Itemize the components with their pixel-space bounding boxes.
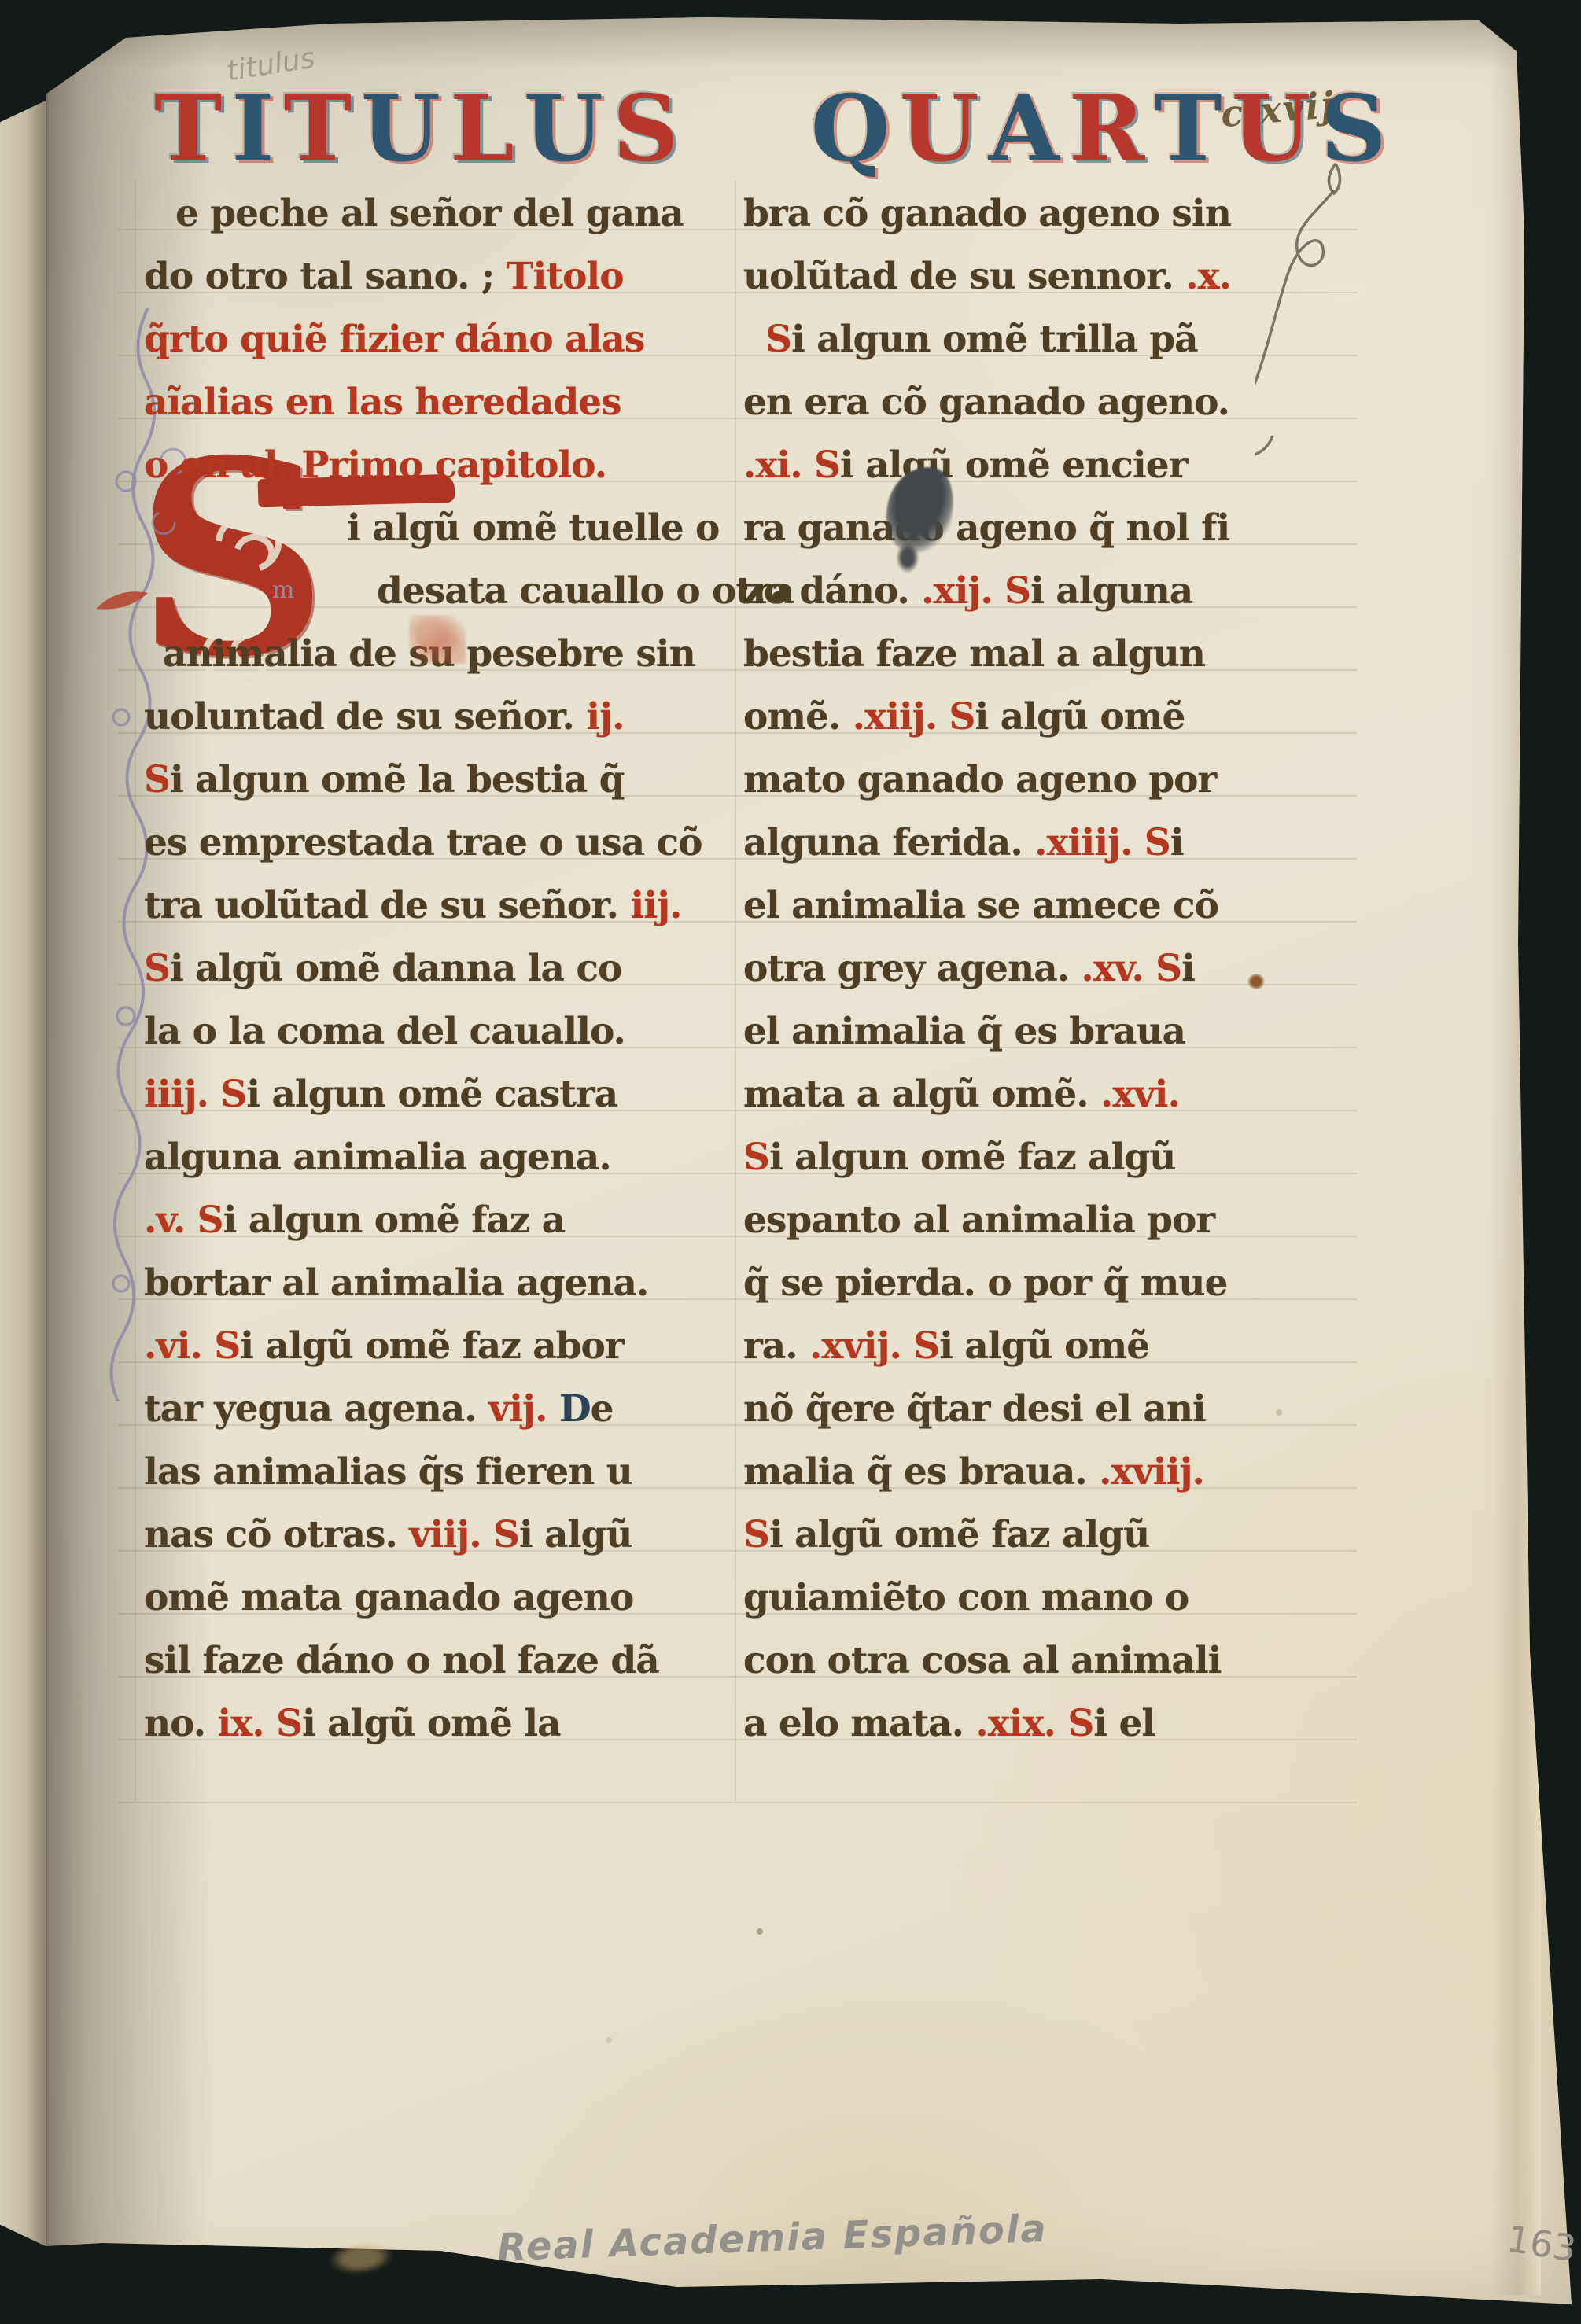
manuscript-line: do otro tal sano. ; Titolo [144, 245, 710, 308]
manuscript-line: es emprestada trae o usa cõ [144, 812, 710, 875]
tan-stain [329, 2240, 393, 2276]
text-segment: nõ q̃ere q̃tar desi el ani [743, 1387, 1206, 1431]
manuscript-line: Si algun omẽ faz algũ [743, 1126, 1325, 1189]
text-segment: .xvij. S [809, 1324, 939, 1368]
text-segment: S [144, 947, 170, 990]
text-segment: .xij. S [921, 569, 1030, 613]
text-segment: e peche al señor del gana [175, 192, 684, 235]
text-segment: alguna animalia agena. [144, 1136, 611, 1179]
red-ink-smudge [409, 615, 466, 664]
text-segment: .vi. S [144, 1324, 240, 1368]
text-segment: ra. [743, 1324, 809, 1368]
text-segment: bestia faze mal a algun [743, 632, 1205, 676]
text-segment: a elo mata. [743, 1702, 975, 1745]
manuscript-line: e peche al señor del gana [175, 182, 710, 245]
manuscript-line: tar yegua agena. vij. De [144, 1378, 710, 1441]
text-segment: uoluntad de su señor. [144, 695, 586, 738]
text-segment: S [743, 1136, 769, 1179]
text-segment: .xiij. S [853, 695, 975, 738]
title-word-quartus: QUARTUS [811, 77, 1387, 181]
text-segment: no. [144, 1702, 217, 1745]
manuscript-line: .xi. Si algũ omẽ encier [743, 434, 1325, 497]
text-segment: en era cõ ganado ageno. [743, 381, 1229, 424]
manuscript-line: las animalias q̃s fieren u [144, 1441, 710, 1504]
column-guide-line [735, 181, 736, 1801]
manuscript-line: guiamiẽto con mano o [743, 1567, 1325, 1630]
text-segment: vij. [488, 1387, 559, 1431]
manuscript-line: alguna animalia agena. [144, 1126, 710, 1189]
page-curl-highlight [1491, 38, 1541, 2295]
text-segment: otra grey agena. [743, 947, 1081, 990]
text-segment: i algũ omẽ encier [840, 444, 1187, 487]
text-segment: i [1181, 947, 1195, 990]
text-segment: bortar al animalia agena. [144, 1261, 648, 1305]
manuscript-line: el animalia q̃ es braua [743, 1000, 1325, 1063]
text-segment: S [765, 318, 791, 361]
text-segment: i algun omẽ faz algũ [769, 1136, 1176, 1179]
text-segment: i el [1093, 1702, 1155, 1745]
manuscript-line: Si algun omẽ la bestia q̃ [144, 749, 710, 812]
text-segment: .xix. S [975, 1702, 1093, 1745]
manuscript-line: en era cõ ganado ageno. [743, 371, 1325, 434]
text-segment: la o la coma del cauallo. [144, 1010, 625, 1053]
header-letter: S [613, 77, 679, 181]
manuscript-line: o en al. Primo capitolo. [144, 434, 710, 497]
manuscript-line: Si algũ omẽ danna la co [144, 937, 710, 1000]
text-segment: viij. S [409, 1513, 519, 1556]
manuscript-line: Si algũ omẽ faz algũ [743, 1504, 1325, 1567]
text-segment: D [559, 1387, 591, 1431]
header-letter: T [154, 77, 222, 181]
manuscript-line: mato ganado ageno por [743, 749, 1325, 812]
header-letter: T [284, 77, 352, 181]
fly-speck [1276, 1409, 1282, 1416]
manuscript-line: con otra cosa al animali [743, 1630, 1325, 1692]
header-letter: U [900, 77, 979, 181]
text-segment: iiij. S [144, 1073, 246, 1116]
text-segment: i algũ omẽ la [302, 1702, 561, 1745]
header-letter: R [1069, 77, 1144, 181]
manuscript-line: bestia faze mal a algun [743, 623, 1325, 686]
text-segment: sil faze dáno o nol faze dã [144, 1639, 659, 1682]
text-column-right: bra cõ ganado ageno sinuolũtad de su sen… [743, 182, 1325, 1755]
text-segment: ra ganado ageno q̃ nol fi [743, 506, 1229, 550]
text-segment: i algũ omẽ tuelle o [347, 506, 719, 550]
text-segment: i algun omẽ faz a [223, 1199, 566, 1242]
title-heading: TITULUS QUARTUS [154, 77, 1387, 181]
brown-stain-dot [1247, 974, 1265, 989]
text-segment: .xv. S [1081, 947, 1181, 990]
ink-blot-drip [897, 543, 919, 573]
manuscript-line: i algũ omẽ tuelle o [347, 497, 710, 560]
manuscript-line: nas cõ otras. viij. Si algũ [144, 1504, 710, 1567]
text-segment: el animalia q̃ es braua [743, 1010, 1185, 1053]
text-segment: .x. [1185, 255, 1231, 298]
text-segment: Titolo [507, 255, 624, 298]
text-segment: i algũ omẽ faz algũ [769, 1513, 1149, 1556]
text-segment: es emprestada trae o usa cõ [144, 821, 702, 864]
manuscript-line: mata a algũ omẽ. .xvi. [743, 1063, 1325, 1126]
manuscript-line: .vi. Si algũ omẽ faz abor [144, 1315, 710, 1378]
text-segment: tar yegua agena. [144, 1387, 488, 1431]
fly-speck [757, 1928, 763, 1935]
manuscript-line: bra cõ ganado ageno sin [743, 182, 1325, 245]
text-segment: espanto al animalia por [743, 1199, 1214, 1242]
manuscript-line: la o la coma del cauallo. [144, 1000, 710, 1063]
manuscript-line: .v. Si algun omẽ faz a [144, 1189, 710, 1252]
text-segment: i alguna [1030, 569, 1192, 613]
manuscript-line: tra uolũtad de su señor. iij. [144, 875, 710, 937]
text-segment: .v. S [144, 1199, 223, 1242]
manuscript-line: ra ganado ageno q̃ nol fi [743, 497, 1325, 560]
text-segment: i algũ omẽ [975, 695, 1185, 738]
text-segment: q̃ se pierda. o por q̃ mue [743, 1261, 1227, 1305]
text-segment: ij. [586, 695, 624, 738]
text-segment: tra uolũtad de su señor. [144, 884, 630, 927]
manuscript-line: omẽ. .xiij. Si algũ omẽ [743, 686, 1325, 749]
manuscript-line: uolũtad de su sennor. .x. [743, 245, 1325, 308]
header-letter: U [361, 77, 440, 181]
text-segment: mato ganado ageno por [743, 758, 1216, 801]
text-segment: S [743, 1513, 769, 1556]
header-letter: A [989, 77, 1060, 181]
text-segment: .xviij. [1099, 1450, 1204, 1493]
text-segment: o en al. Primo capitolo. [144, 444, 606, 487]
text-segment: zo dáno. [743, 569, 921, 613]
header-letter: L [450, 77, 514, 181]
text-segment: i algũ omẽ faz abor [240, 1324, 623, 1368]
text-segment: i algun omẽ castra [246, 1073, 617, 1116]
manuscript-photo: titulus clxvij TITULUS QUARTUS S m e pec… [0, 0, 1581, 2324]
text-segment: malia q̃ es braua. [743, 1450, 1099, 1493]
fly-speck [606, 2037, 612, 2043]
text-segment: nas cõ otras. [144, 1513, 409, 1556]
manuscript-line: Si algun omẽ trilla pã [765, 308, 1325, 371]
header-letter: U [1232, 77, 1311, 181]
text-segment: aĩalias en las heredades [144, 381, 621, 424]
text-segment: iij. [630, 884, 681, 927]
manuscript-line: el animalia se amece cõ [743, 875, 1325, 937]
text-segment: q̃rto quiẽ fizier dáno alas [144, 318, 644, 361]
text-segment: el animalia se amece cõ [743, 884, 1218, 927]
text-segment: i algun omẽ la bestia q̃ [170, 758, 625, 801]
text-segment: mata a algũ omẽ. [743, 1073, 1100, 1116]
text-segment: e [591, 1387, 614, 1431]
text-segment: ix. S [217, 1702, 302, 1745]
manuscript-line: omẽ mata ganado ageno [144, 1567, 710, 1630]
manuscript-line: nõ q̃ere q̃tar desi el ani [743, 1378, 1325, 1441]
text-segment: i algũ omẽ danna la co [170, 947, 621, 990]
header-letter: T [1154, 77, 1222, 181]
manuscript-line: bortar al animalia agena. [144, 1252, 710, 1315]
header-letter: S [1321, 77, 1387, 181]
text-segment: .xvi. [1100, 1073, 1180, 1116]
facing-page-edge [0, 101, 46, 2246]
manuscript-line: q̃ se pierda. o por q̃ mue [743, 1252, 1325, 1315]
manuscript-line: iiij. Si algun omẽ castra [144, 1063, 710, 1126]
title-word-titulus: TITULUS [154, 77, 679, 181]
text-segment: do otro tal sano. ; [144, 255, 507, 298]
text-segment: i [1170, 821, 1184, 864]
text-segment: i algun omẽ trilla pã [791, 318, 1198, 361]
manuscript-line: aĩalias en las heredades [144, 371, 710, 434]
text-segment: S [144, 758, 170, 801]
manuscript-line: q̃rto quiẽ fizier dáno alas [144, 308, 710, 371]
manuscript-line: uoluntad de su señor. ij. [144, 686, 710, 749]
text-segment: las animalias q̃s fieren u [144, 1450, 632, 1493]
text-segment: omẽ mata ganado ageno [144, 1576, 633, 1619]
manuscript-line: malia q̃ es braua. .xviij. [743, 1441, 1325, 1504]
text-segment: omẽ. [743, 695, 853, 738]
manuscript-line: a elo mata. .xix. Si el [743, 1692, 1325, 1755]
text-segment: desata cauallo o otra [377, 569, 794, 613]
manuscript-line: no. ix. Si algũ omẽ la [144, 1692, 710, 1755]
header-letter: I [231, 77, 274, 181]
text-segment: guiamiẽto con mano o [743, 1576, 1189, 1619]
text-segment: i algũ omẽ [939, 1324, 1149, 1368]
manuscript-line: zo dáno. .xij. Si alguna [743, 560, 1325, 623]
text-segment: bra cõ ganado ageno sin [743, 192, 1231, 235]
manuscript-line: espanto al animalia por [743, 1189, 1325, 1252]
text-segment: alguna ferida. [743, 821, 1034, 864]
header-letter: U [524, 77, 603, 181]
manuscript-line: otra grey agena. .xv. Si [743, 937, 1325, 1000]
text-segment: i algũ [519, 1513, 632, 1556]
header-letter: Q [811, 77, 890, 181]
manuscript-line: ra. .xvij. Si algũ omẽ [743, 1315, 1325, 1378]
manuscript-line: alguna ferida. .xiiij. Si [743, 812, 1325, 875]
text-segment: uolũtad de su sennor. [743, 255, 1185, 298]
text-segment: .xi. S [743, 444, 840, 487]
manuscript-line: sil faze dáno o nol faze dã [144, 1630, 710, 1692]
text-column-left: e peche al señor del ganado otro tal san… [144, 182, 710, 1755]
text-segment: con otra cosa al animali [743, 1639, 1221, 1682]
text-segment: .xiiij. S [1034, 821, 1170, 864]
manuscript-line: desata cauallo o otra [377, 560, 710, 623]
